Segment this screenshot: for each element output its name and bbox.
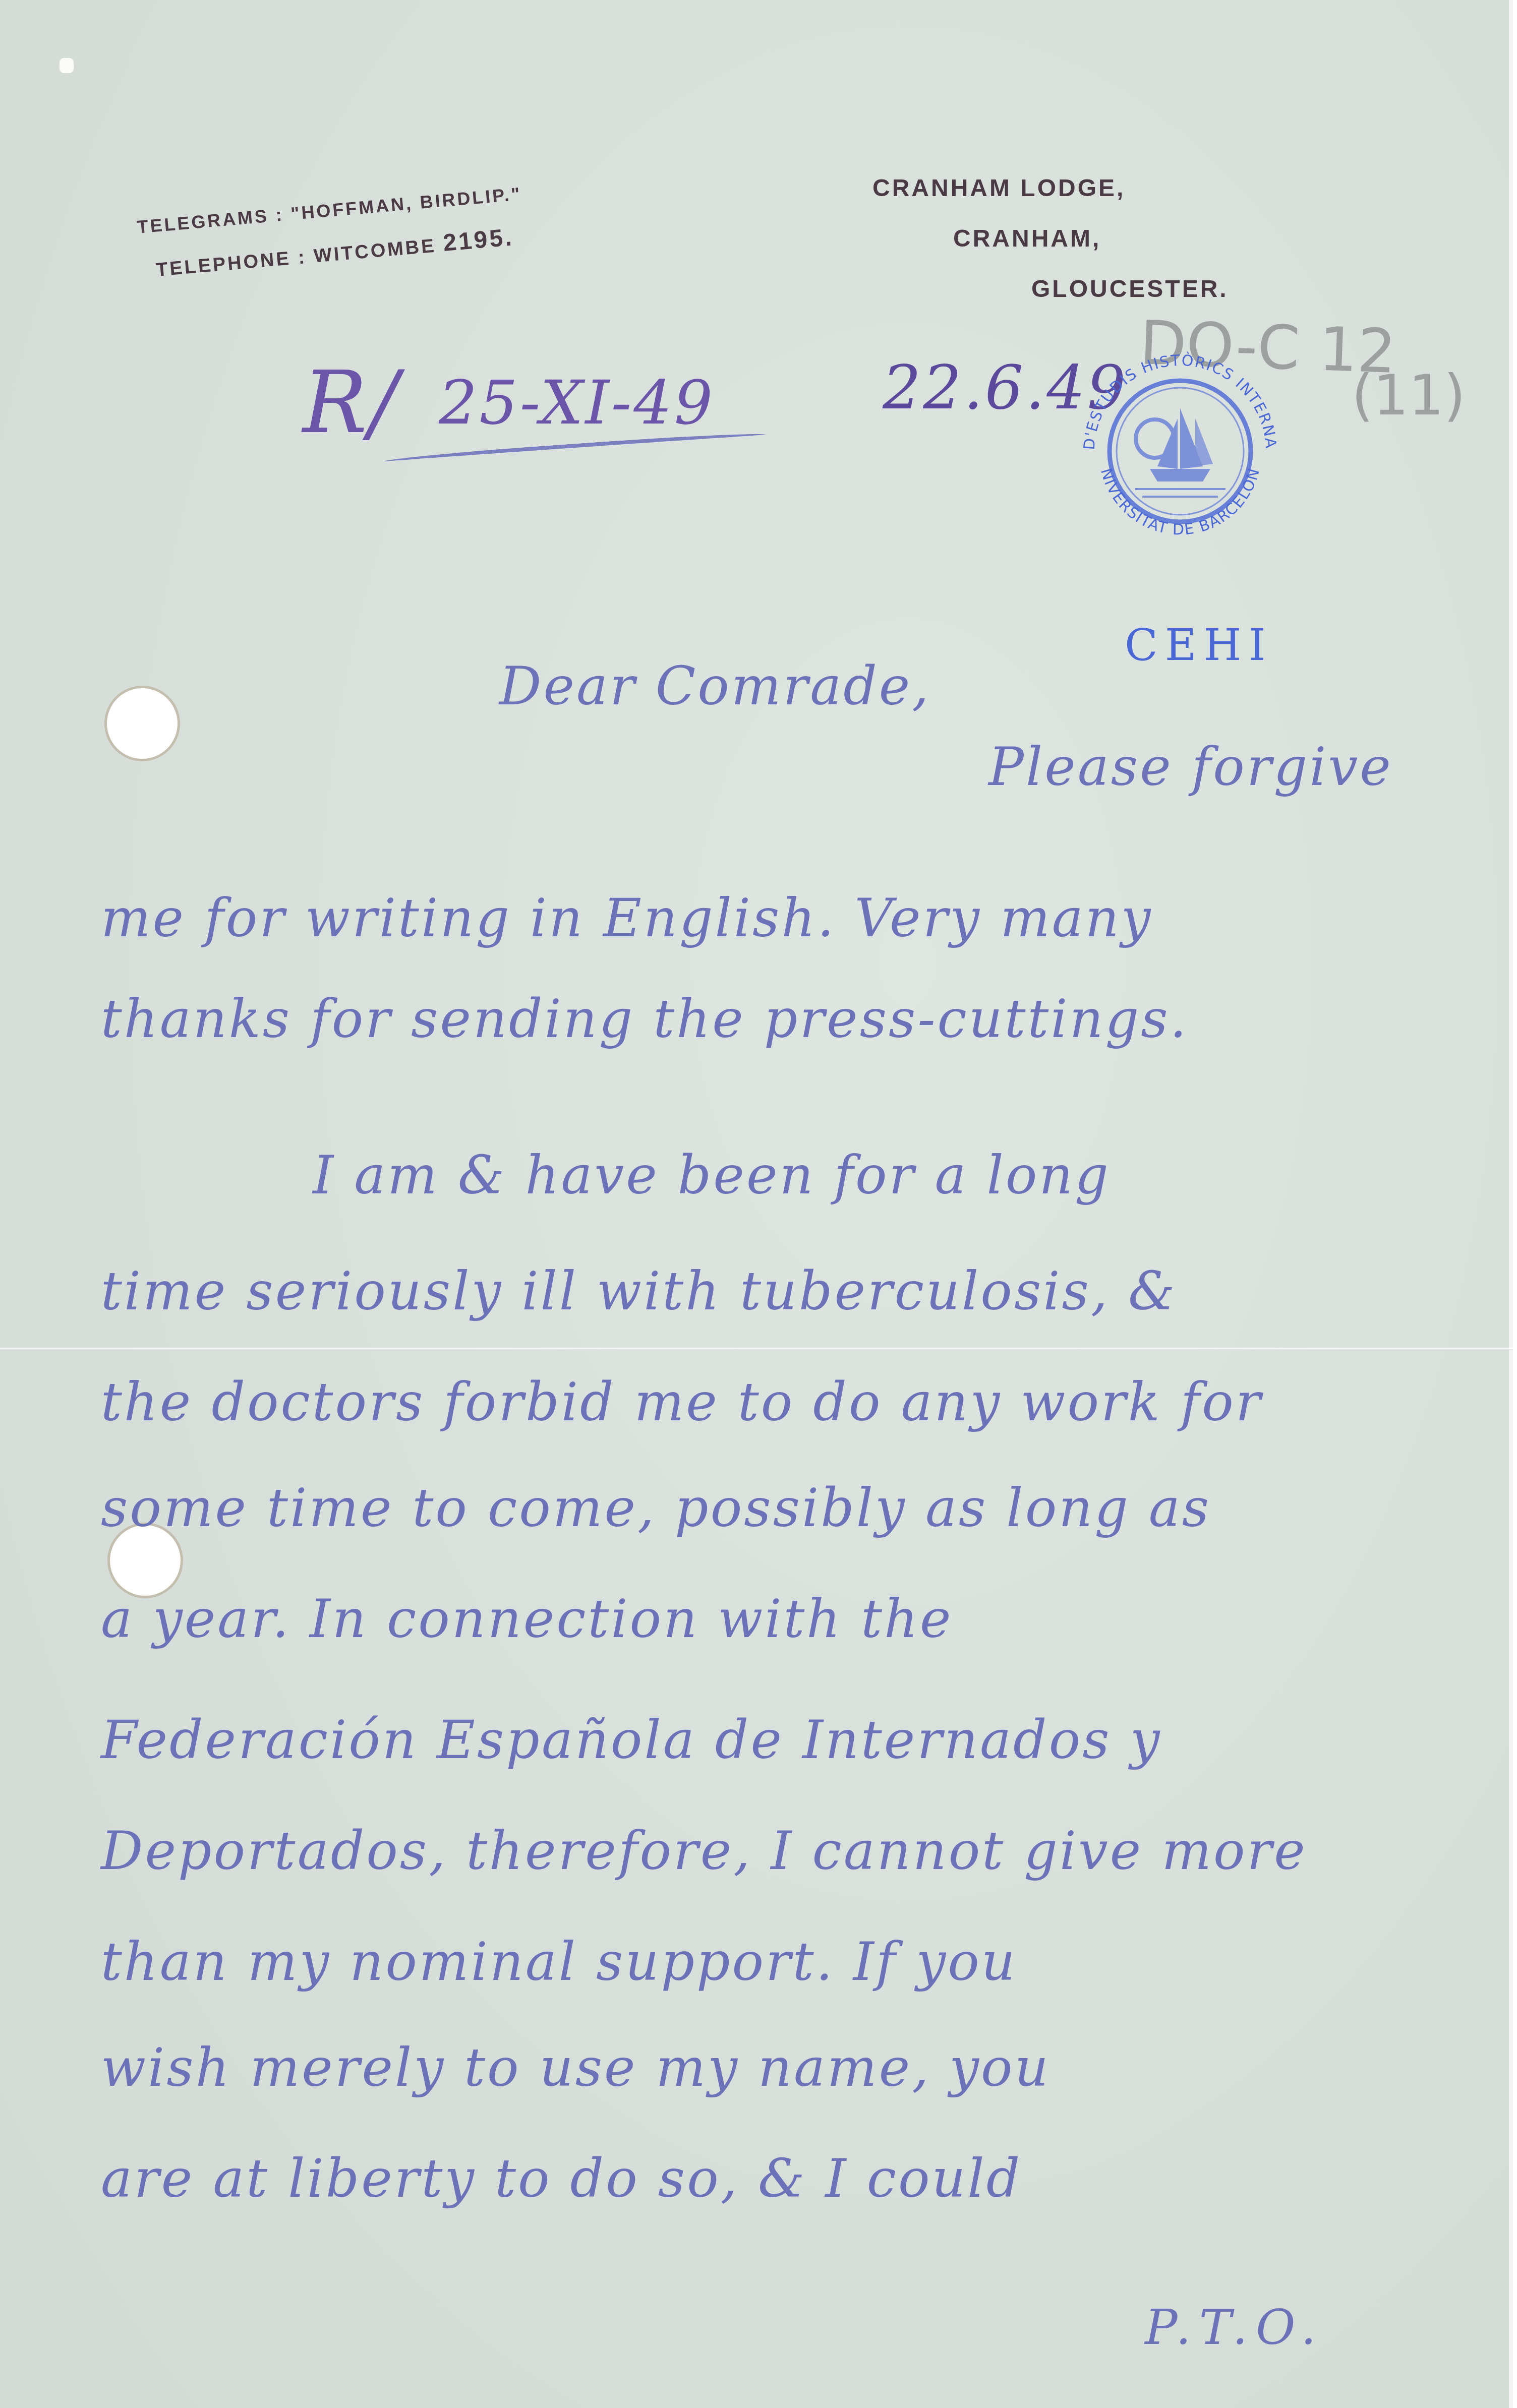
reply-mark: R/ [303,353,400,453]
address-line-1: CRANHAM LODGE, [872,176,1125,201]
address-line-3: GLOUCESTER. [1031,277,1229,302]
address-line-2: CRANHAM, [953,227,1101,251]
letter-line: I am & have been for a long [313,1145,1111,1206]
letter-line: are at liberty to do so, & I could [101,2148,1022,2209]
telephone-label: TELEPHONE : WITCOMBE [155,235,437,280]
letterhead-contact: TELEGRAMS : "HOFFMAN, BIRDLIP." TELEPHON… [136,183,527,283]
letter-line: wish merely to use my name, you [101,2037,1051,2098]
letter-line: Federación Española de Internados y [101,1709,1161,1771]
punch-hole [107,688,178,759]
letter-line: time seriously ill with tuberculosis, & [101,1260,1177,1322]
telephone-number: 2195. [442,224,514,257]
stamp-acronym: CEHI [1125,620,1273,671]
letter-line: me for writing in English. Very many [101,887,1153,949]
letter-line: some time to come, possibly as long as [101,1477,1211,1539]
letter-page: TELEGRAMS : "HOFFMAN, BIRDLIP." TELEPHON… [0,0,1513,2408]
letter-line: the doctors forbid me to do any work for [101,1371,1263,1433]
please-turn-over: P.T.O. [1145,2299,1324,2356]
page-edge [1509,0,1513,2408]
paper-nick [60,58,74,73]
letter-line: Deportados, therefore, I cannot give mor… [101,1820,1307,1882]
letter-line: than my nominal support. If you [101,1931,1017,1993]
cehi-stamp-icon: CENTRE D'ESTUDIS HISTÒRICS INTERNACIONAL… [1074,343,1286,555]
archive-item-number: (11) [1352,363,1466,428]
reply-date: 25-XI-49 [439,368,715,438]
fold-crease [0,1347,1513,1350]
letter-line: Please forgive [988,736,1393,798]
salutation: Dear Comrade, [499,655,930,717]
letter-line: thanks for sending the press-cuttings. [101,988,1189,1050]
letter-line: a year. In connection with the [101,1588,953,1650]
